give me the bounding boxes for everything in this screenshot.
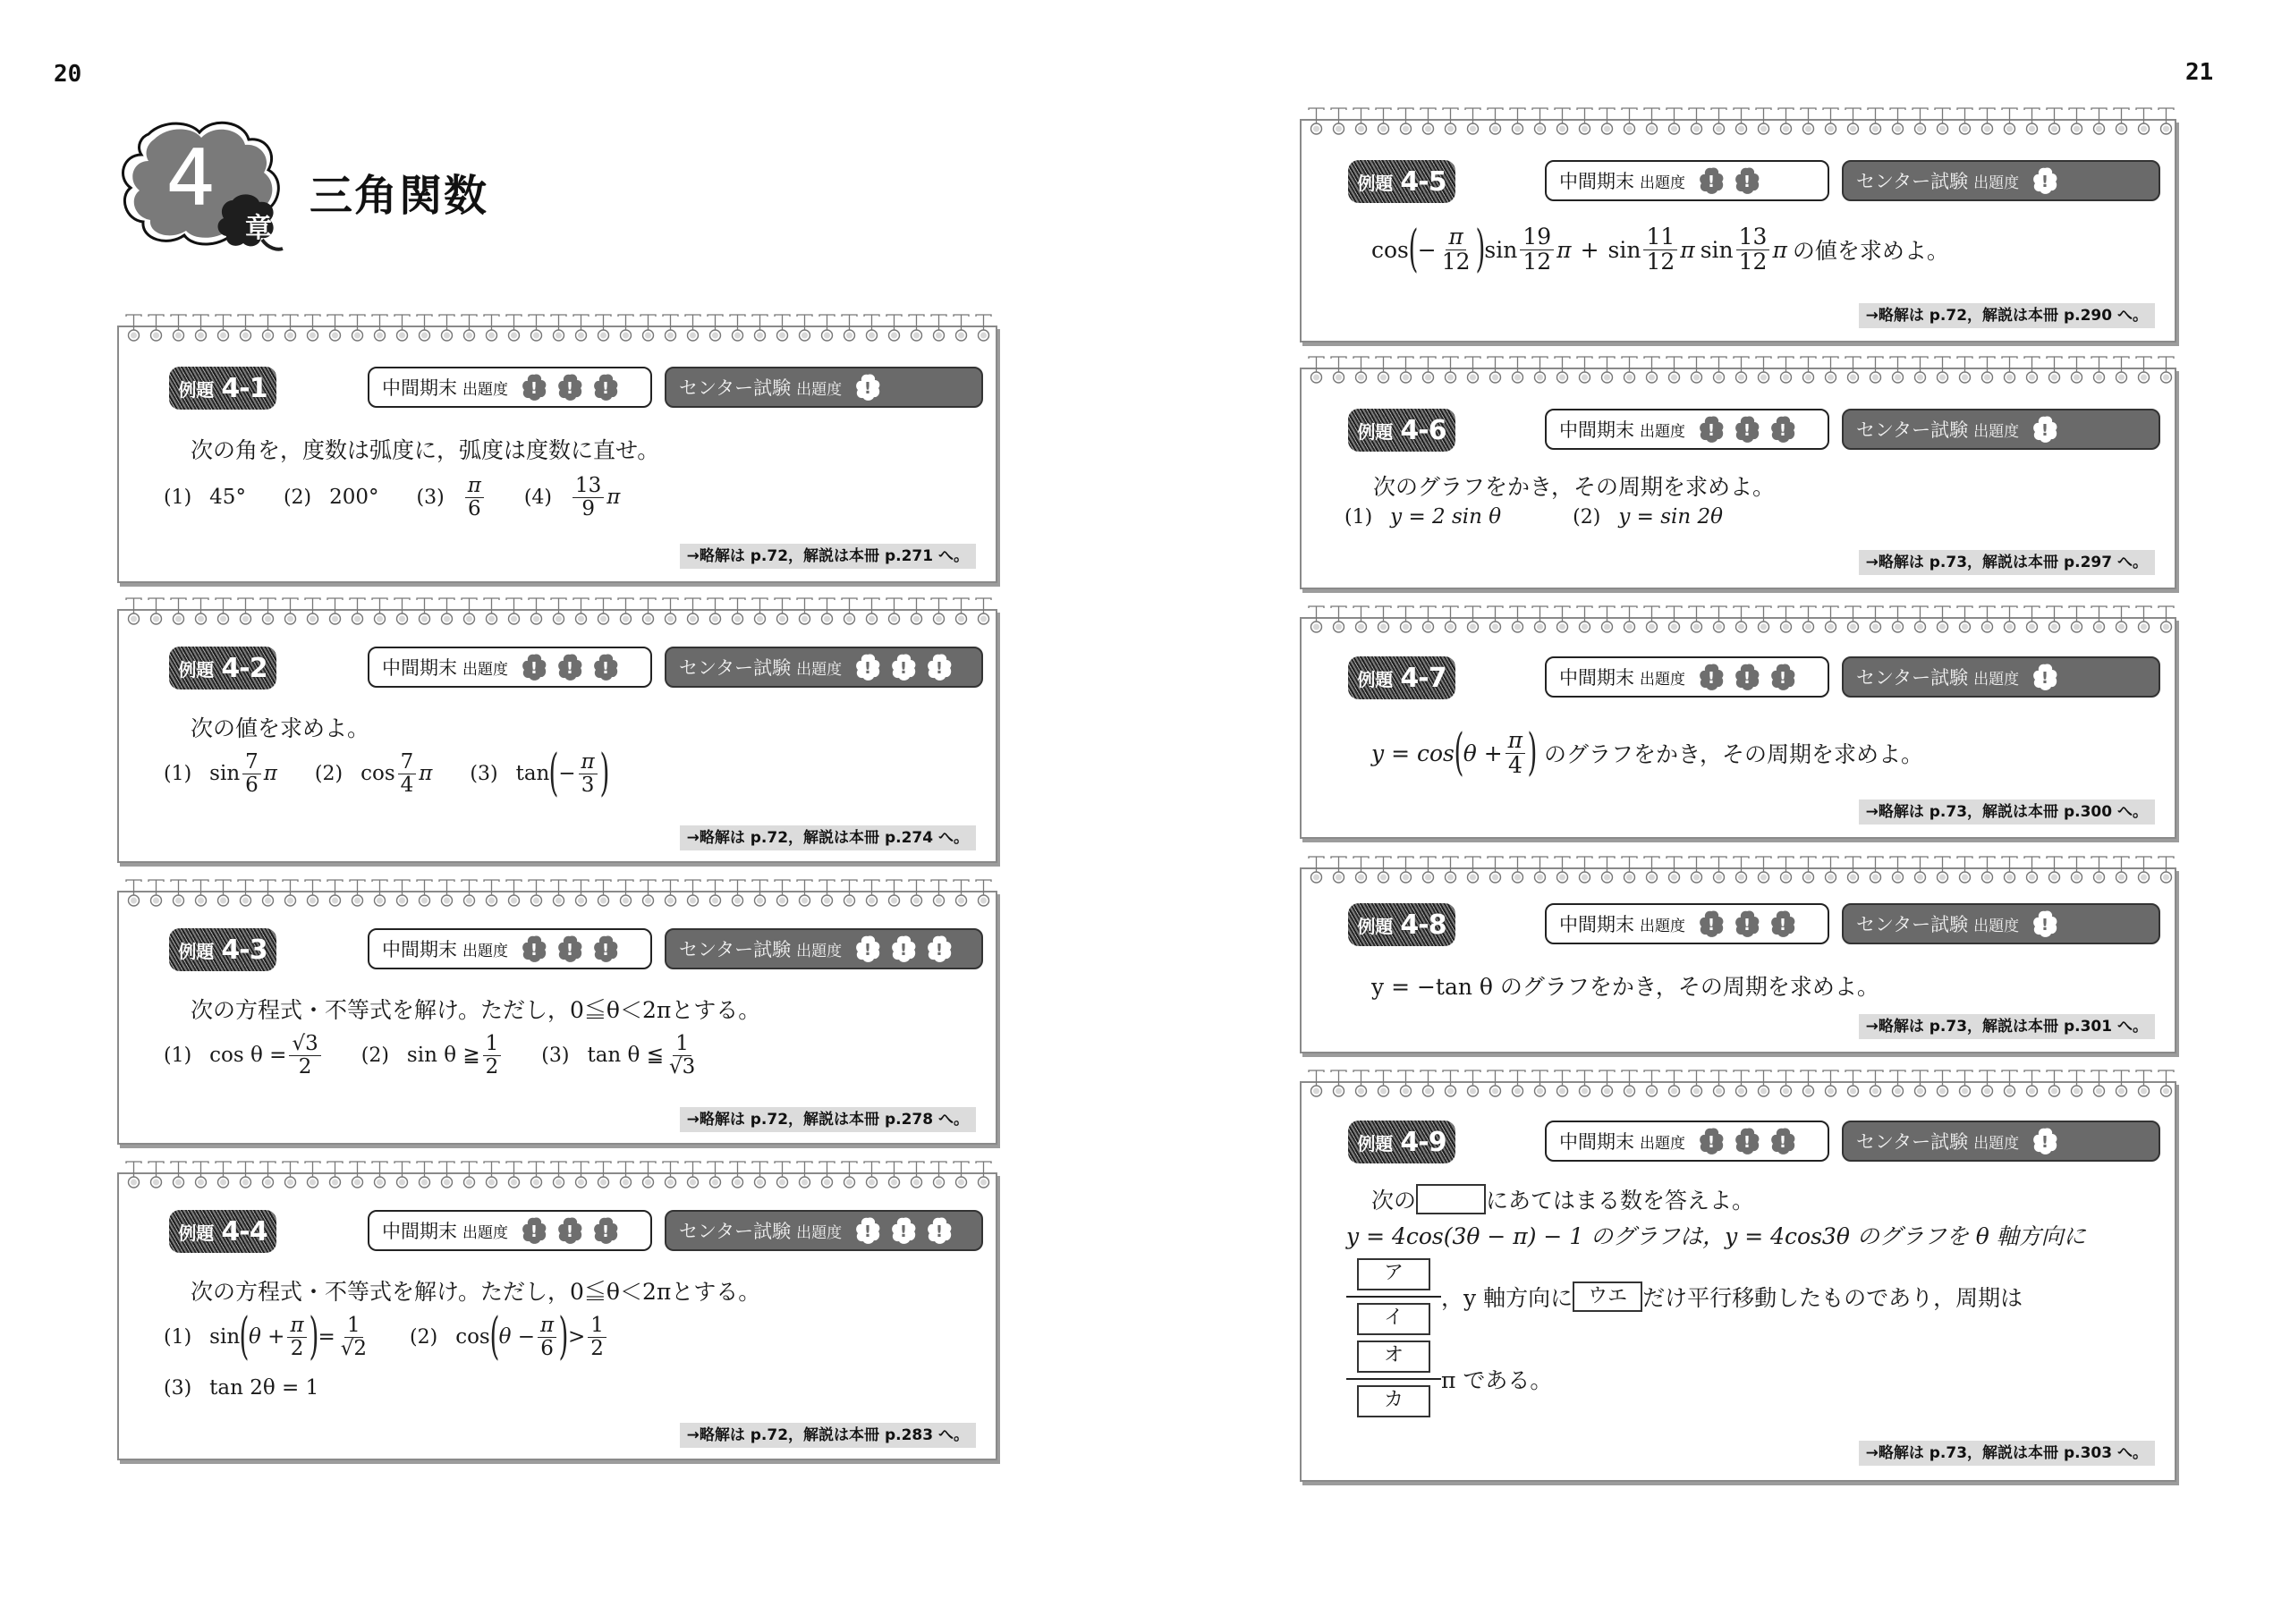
exclamation-flower-icon: ! (592, 935, 619, 963)
exclamation-flower-icon: ! (556, 1216, 583, 1245)
numerator: 11 (1643, 225, 1677, 250)
example-number: 4-6 (1400, 415, 1446, 446)
question-items: (1)45° (2)200° (3)π6 (4)139π (164, 470, 657, 524)
numerator: π (538, 1315, 556, 1337)
exclamation-flower-icon: ! (2031, 663, 2058, 691)
expression-left: sin θ ≧ (407, 1044, 480, 1067)
example-card-4-8: 例題 4-8 中間期末出題度 ! ! ! センター試験出題度 ! y = −ta… (1300, 867, 2176, 1053)
svg-text:!: ! (900, 1222, 907, 1241)
spiral-binding (1305, 605, 2175, 637)
svg-text:!: ! (1779, 421, 1786, 440)
denominator: 12 (1736, 250, 1770, 274)
center-label: センター試験 (1856, 1128, 1968, 1155)
example-number: 4-8 (1400, 909, 1446, 941)
frequency-label: 出題度 (796, 376, 842, 399)
item-number: (2) (410, 1326, 437, 1349)
numerator: 1 (344, 1315, 363, 1337)
numerator: 7 (242, 751, 261, 774)
example-label: 例題 4-3 (169, 928, 276, 971)
numerator: √3 (289, 1033, 320, 1055)
spiral-binding (1305, 855, 2175, 887)
example-word: 例題 (178, 656, 214, 681)
item-number: (3) (470, 763, 497, 785)
answer-reference: →略解は p.73，解説は本冊 p.300 へ。 (1859, 799, 2155, 825)
exclamation-flower-icon: ! (1769, 1127, 1796, 1155)
center-exam-frequency-box: センター試験出題度 ! (665, 367, 983, 408)
exclamation-flower-icon: ! (521, 935, 547, 963)
answer-reference: →略解は p.72，解説は本冊 p.271 へ。 (680, 544, 976, 569)
svg-text:!: ! (1779, 669, 1786, 688)
spiral-binding (1305, 1069, 2175, 1101)
question-tail: のグラフをかき，その周期を求めよ。 (1544, 737, 1923, 769)
answer-reference: →略解は p.73，解説は本冊 p.301 へ。 (1859, 1014, 2155, 1039)
exclamation-flower-icon: ! (890, 653, 917, 681)
frequency-label: 出題度 (1973, 1130, 2019, 1153)
page-number-right: 21 (2185, 59, 2213, 86)
question-items: (1)cos θ =√32 (2)sin θ ≧12 (3)tan θ ≦1√3 (164, 1027, 738, 1084)
exclamation-flower-icon: ! (592, 1216, 619, 1245)
exclamation-flower-icon: ! (1698, 166, 1725, 195)
frequency-label: 出題度 (796, 1220, 842, 1242)
midterm-frequency-box: 中間期末出題度 ! ! ! (368, 367, 652, 408)
blank-i[interactable]: イ (1357, 1303, 1430, 1335)
example-card-4-7: 例題 4-7 中間期末出題度 ! ! ! センター試験出題度 ! y = cos… (1300, 617, 2176, 839)
left-paren: ( (1408, 224, 1418, 275)
denominator: √3 (666, 1056, 698, 1078)
example-word: 例題 (1357, 169, 1393, 195)
fraction: 1√2 (338, 1315, 369, 1358)
example-number: 4-9 (1400, 1127, 1446, 1158)
midterm-label: 中間期末 (1559, 910, 1634, 937)
answer-reference: →略解は p.73，解説は本冊 p.297 へ。 (1859, 550, 2155, 575)
center-label: センター試験 (1856, 664, 1968, 690)
item-number: (3) (417, 486, 445, 509)
question-items-row2: (3)tan 2θ = 1 (164, 1376, 356, 1400)
example-word: 例題 (178, 1219, 214, 1245)
question-prompt: 次の角を，度数は弧度に，弧度は度数に直せ。 (191, 433, 659, 465)
exclamation-flower-icon: ! (2031, 415, 2058, 444)
question-items: (1)sin(θ +π2)=1√2 (2)cos(θ −π6)>12 (164, 1308, 647, 1366)
question-prompt: 次のグラフをかき，その周期を求めよ。 (1373, 469, 1775, 502)
expression-left: tan θ ≦ (587, 1044, 664, 1067)
exclamation-flower-icon: ! (1698, 663, 1725, 691)
example-label: 例題 4-7 (1348, 656, 1455, 699)
right-paren: ) (559, 1312, 569, 1362)
svg-text:!: ! (566, 379, 573, 398)
question-items: (1)y = 2 sin θ (2)y = sin 2θ (1344, 505, 1760, 529)
denominator: 12 (1643, 250, 1677, 274)
example-card-4-1: 例題 4-1 中間期末出題度 ! ! ! センター試験出題度 ! 次の角を，度数… (117, 326, 997, 583)
answer-reference: →略解は p.72，解説は本冊 p.278 へ。 (680, 1107, 976, 1132)
numerator: 19 (1520, 225, 1554, 250)
exclamation-flower-icon: ! (890, 935, 917, 963)
function-name: cos (360, 762, 395, 785)
center-exam-frequency-box: センター試験出題度 ! (1842, 1121, 2160, 1162)
fraction: π2 (287, 1315, 306, 1358)
item-number: (2) (284, 486, 311, 509)
frequency-label: 出題度 (796, 938, 842, 960)
answer-reference: →略解は p.72，解説は本冊 p.274 へ。 (680, 825, 976, 850)
denominator: 2 (288, 1338, 307, 1359)
denominator: 4 (1505, 754, 1525, 777)
exclamation-flower-icon: ! (592, 373, 619, 402)
numerator: 13 (572, 475, 604, 497)
function-name: y = cos (1371, 740, 1455, 766)
center-exam-frequency-box: センター試験出題度 ! (1842, 160, 2160, 201)
exclamation-flower-icon: ! (1769, 909, 1796, 938)
blank-ka[interactable]: カ (1357, 1385, 1430, 1417)
question-prompt: 次のにあてはまる数を答えよ。 (1371, 1183, 1754, 1215)
svg-text:!: ! (1779, 1133, 1786, 1152)
example-number: 4-4 (221, 1216, 267, 1248)
example-number: 4-3 (221, 935, 267, 966)
left-paren: ( (240, 1312, 250, 1362)
numerator: 1 (673, 1033, 691, 1055)
item-number: (3) (164, 1377, 191, 1400)
denominator: 2 (296, 1056, 315, 1078)
center-label: センター試験 (679, 654, 791, 681)
midterm-label: 中間期末 (382, 935, 457, 962)
fraction: 12 (588, 1315, 606, 1358)
frequency-label: 出題度 (462, 656, 508, 679)
function-name: tan (516, 762, 550, 785)
example-card-4-4: 例題 4-4 中間期末出題度 ! ! ! センター試験出題度 ! ! ! 次の方… (117, 1172, 997, 1460)
example-card-4-9: 例題 4-9 中間期末出題度 ! ! ! センター試験出題度 ! 次のにあてはま… (1300, 1081, 2176, 1482)
question-items: (1)sin76π (2)cos74π (3)tan(−π3) (164, 745, 646, 802)
function-name: cos (455, 1325, 490, 1349)
chapter-suffix: 章 (245, 206, 272, 245)
center-label: センター試験 (679, 374, 791, 401)
relation: = (318, 1325, 335, 1349)
example-word: 例題 (1357, 912, 1393, 938)
svg-text:!: ! (602, 659, 609, 678)
expression-left: cos θ = (209, 1044, 286, 1067)
answer-reference: →略解は p.72，解説は本冊 p.290 へ。 (1859, 303, 2155, 328)
example-word: 例題 (1357, 418, 1393, 444)
function-name: sin (1484, 237, 1517, 263)
fraction: π6 (465, 475, 484, 519)
exclamation-flower-icon: ! (556, 373, 583, 402)
exclamation-flower-icon: ! (854, 1216, 881, 1245)
center-label: センター試験 (679, 1217, 791, 1244)
question-prompt: 次の値を求めよ。 (191, 711, 369, 743)
pi-symbol: π (1772, 237, 1786, 263)
blank-fraction: ア イ (1346, 1258, 1441, 1335)
page-number-left: 20 (54, 61, 81, 88)
chapter-header: 4 章 三角関数 (114, 114, 526, 258)
example-card-4-6: 例題 4-6 中間期末出題度 ! ! ! センター試験出題度 ! 次のグラフをか… (1300, 368, 2176, 589)
blank-ue[interactable]: ウエ (1573, 1281, 1642, 1312)
numerator: 1 (483, 1033, 502, 1055)
question-line-blanks-2: オ カ π である。 (1346, 1341, 1552, 1417)
prompt-text: 次の (1371, 1183, 1416, 1215)
center-label: センター試験 (1856, 167, 1968, 194)
center-label: センター試験 (679, 935, 791, 962)
svg-text:!: ! (1708, 916, 1715, 935)
spiral-binding (1305, 106, 2175, 139)
example-word: 例題 (1357, 665, 1393, 691)
example-number: 4-2 (221, 653, 267, 684)
midterm-label: 中間期末 (1559, 167, 1634, 194)
center-exam-frequency-box: センター試験出題度 ! (1842, 903, 2160, 944)
svg-text:!: ! (1743, 669, 1751, 688)
svg-text:!: ! (1743, 421, 1751, 440)
question-line-blanks-1: ア イ ，y 軸方向にウエだけ平行移動したものであり，周期は (1346, 1258, 2023, 1335)
example-label: 例題 4-2 (169, 647, 276, 689)
midterm-frequency-box: 中間期末出題度 ! ! ! (1545, 903, 1829, 944)
svg-text:!: ! (530, 379, 538, 398)
frequency-label: 出題度 (462, 376, 508, 399)
midterm-label: 中間期末 (382, 1217, 457, 1244)
question-prompt: 次の方程式・不等式を解け。ただし，0≦θ＜2πとする。 (191, 1274, 760, 1307)
spiral-binding (123, 878, 996, 910)
question-expression: cos(−π12) sin1912π + sin1112π sin1312π の… (1371, 221, 1949, 278)
numerator: π (579, 751, 598, 774)
exclamation-flower-icon: ! (1698, 1127, 1725, 1155)
exclamation-flower-icon: ! (556, 653, 583, 681)
pi-symbol: π (1680, 237, 1694, 263)
denominator: 2 (483, 1056, 502, 1078)
fraction: √32 (289, 1033, 320, 1077)
center-exam-frequency-box: センター試験出題度 ! ! ! (665, 647, 983, 688)
function-name: sin (1608, 237, 1641, 263)
fraction: 74 (398, 751, 417, 795)
question-text: π である。 (1441, 1363, 1552, 1395)
question-expression: y = cos(θ +π4) のグラフをかき，その周期を求めよ。 (1371, 724, 1923, 782)
fraction: π3 (579, 751, 598, 795)
svg-text:!: ! (566, 1222, 573, 1241)
right-paren: ) (1475, 224, 1485, 275)
frequency-label: 出題度 (462, 938, 508, 960)
exclamation-flower-icon: ! (2031, 166, 2058, 195)
midterm-frequency-box: 中間期末出題度 ! ! ! (368, 647, 652, 688)
svg-text:!: ! (864, 941, 871, 960)
pi-symbol: π (264, 762, 277, 785)
example-number: 4-1 (221, 373, 267, 404)
example-card-4-5: 例題 4-5 中間期末出題度 ! ! センター試験出題度 ! cos(−π12)… (1300, 119, 2176, 343)
spiral-binding (123, 596, 996, 629)
midterm-frequency-box: 中間期末出題度 ! ! ! (368, 928, 652, 969)
question-text: だけ平行移動したものであり，周期は (1642, 1281, 2023, 1313)
svg-text:!: ! (1708, 1133, 1715, 1152)
example-label: 例題 4-8 (1348, 903, 1455, 946)
svg-text:!: ! (530, 941, 538, 960)
midterm-label: 中間期末 (1559, 664, 1634, 690)
numerator: 7 (398, 751, 417, 774)
denominator: 6 (242, 774, 261, 796)
svg-text:!: ! (1779, 916, 1786, 935)
frequency-label: 出題度 (462, 1220, 508, 1242)
prompt-text: にあてはまる数を答えよ。 (1486, 1183, 1754, 1215)
left-paren: ( (489, 1312, 499, 1362)
svg-text:!: ! (864, 659, 871, 678)
item-number: (2) (315, 763, 343, 785)
svg-text:!: ! (602, 379, 609, 398)
svg-text:!: ! (936, 659, 943, 678)
exclamation-flower-icon: ! (926, 653, 953, 681)
example-card-4-2: 例題 4-2 中間期末出題度 ! ! ! センター試験出題度 ! ! ! 次の値… (117, 609, 997, 863)
item-number: (3) (541, 1045, 569, 1067)
example-number: 4-5 (1400, 166, 1446, 198)
svg-text:!: ! (1708, 173, 1715, 191)
exclamation-flower-icon: ! (521, 373, 547, 402)
center-label: センター試験 (1856, 416, 1968, 443)
exclamation-flower-icon: ! (521, 1216, 547, 1245)
blank-fraction: オ カ (1346, 1341, 1441, 1417)
center-exam-frequency-box: センター試験出題度 ! (1842, 409, 2160, 450)
pi-symbol: π (606, 486, 620, 509)
item-number: (1) (1344, 506, 1372, 529)
example-label: 例題 4-1 (169, 367, 276, 410)
relation: > (568, 1325, 585, 1349)
denominator: √2 (338, 1338, 369, 1359)
midterm-label: 中間期末 (1559, 1128, 1634, 1155)
question-prompt: 次の方程式・不等式を解け。ただし，0≦θ＜2πとする。 (191, 993, 760, 1025)
fraction: 1912 (1520, 225, 1554, 274)
denominator: 6 (465, 498, 484, 520)
svg-text:!: ! (900, 941, 907, 960)
svg-text:!: ! (1708, 669, 1715, 688)
frequency-label: 出題度 (1973, 419, 2019, 441)
svg-text:!: ! (1743, 1133, 1751, 1152)
fraction: 139 (572, 475, 604, 519)
right-paren: ) (599, 749, 609, 799)
exclamation-flower-icon: ! (854, 653, 881, 681)
item-number: (1) (164, 1326, 191, 1349)
midterm-label: 中間期末 (1559, 416, 1634, 443)
exclamation-flower-icon: ! (1734, 1127, 1760, 1155)
pi-symbol: π (1556, 237, 1571, 263)
svg-text:!: ! (900, 659, 907, 678)
exclamation-flower-icon: ! (592, 653, 619, 681)
frequency-label: 出題度 (1973, 170, 2019, 192)
fraction: 12 (483, 1033, 502, 1077)
minus-sign: − (558, 762, 575, 785)
denominator: 9 (579, 498, 598, 520)
item-number: (1) (164, 763, 191, 785)
numerator: π (1505, 729, 1525, 753)
svg-text:!: ! (936, 941, 943, 960)
denominator: 12 (1520, 250, 1554, 274)
fraction: 1112 (1643, 225, 1677, 274)
blank-o[interactable]: オ (1357, 1341, 1430, 1373)
svg-text:!: ! (602, 941, 609, 960)
svg-text:!: ! (2041, 669, 2048, 688)
exclamation-flower-icon: ! (1734, 663, 1760, 691)
svg-text:!: ! (2041, 1133, 2048, 1152)
frequency-label: 出題度 (1640, 170, 1685, 192)
item-expr: 200° (329, 486, 378, 509)
chapter-title: 三角関数 (310, 161, 488, 223)
denominator: 4 (398, 774, 417, 796)
spiral-binding (123, 1160, 996, 1192)
exclamation-flower-icon: ! (1734, 415, 1760, 444)
item-expr: tan 2θ = 1 (209, 1376, 318, 1400)
plus-sign: + (1581, 237, 1599, 263)
frequency-label: 出題度 (1640, 666, 1685, 689)
midterm-frequency-box: 中間期末出題度 ! ! ! (1545, 1121, 1829, 1162)
center-exam-frequency-box: センター試験出題度 ! ! ! (665, 1210, 983, 1251)
svg-text:!: ! (530, 1222, 538, 1241)
center-exam-frequency-box: センター試験出題度 ! (1842, 656, 2160, 698)
answer-reference: →略解は p.72，解説は本冊 p.283 へ。 (680, 1423, 976, 1448)
fraction: π4 (1505, 729, 1525, 777)
answer-reference: →略解は p.73，解説は本冊 p.303 へ。 (1859, 1441, 2155, 1466)
fraction: 76 (242, 751, 261, 795)
example-word: 例題 (178, 937, 214, 963)
item-expr: y = 2 sin θ (1390, 505, 1501, 529)
svg-text:!: ! (936, 1222, 943, 1241)
midterm-frequency-box: 中間期末出題度 ! ! ! (1545, 409, 1829, 450)
svg-text:!: ! (602, 1222, 609, 1241)
numerator: π (465, 475, 484, 497)
numerator: π (287, 1315, 306, 1337)
numerator: 1 (588, 1315, 606, 1337)
exclamation-flower-icon: ! (926, 1216, 953, 1245)
example-word: 例題 (1357, 1129, 1393, 1155)
numerator: 13 (1736, 225, 1770, 250)
question-text: ，y 軸方向に (1441, 1281, 1573, 1313)
fraction: 1312 (1736, 225, 1770, 274)
frequency-label: 出題度 (796, 656, 842, 679)
exclamation-flower-icon: ! (521, 653, 547, 681)
item-number: (2) (361, 1045, 389, 1067)
item-number: (2) (1573, 506, 1600, 529)
frequency-label: 出題度 (1973, 666, 2019, 689)
fraction: 1√3 (666, 1033, 698, 1077)
right-paren: ) (309, 1312, 318, 1362)
svg-text:!: ! (2041, 421, 2048, 440)
frequency-label: 出題度 (1973, 913, 2019, 935)
item-number: (1) (164, 1045, 191, 1067)
exclamation-flower-icon: ! (2031, 909, 2058, 938)
example-card-4-3: 例題 4-3 中間期末出題度 ! ! ! センター試験出題度 ! ! ! 次の方… (117, 891, 997, 1145)
midterm-label: 中間期末 (382, 374, 457, 401)
question-prompt: y = −tan θ のグラフをかき，その周期を求めよ。 (1371, 969, 1879, 1002)
svg-text:!: ! (1743, 173, 1751, 191)
example-label: 例題 4-5 (1348, 160, 1455, 203)
denominator: 2 (588, 1338, 606, 1359)
spiral-binding (123, 313, 996, 345)
frequency-label: 出題度 (1640, 913, 1685, 935)
inner-expr: θ + (1463, 740, 1503, 766)
item-number: (4) (524, 486, 552, 509)
denominator: 3 (579, 774, 598, 796)
question-line: y = 4cos(3θ − π) − 1 のグラフは，y = 4cos3θ のグ… (1346, 1219, 2086, 1251)
center-exam-frequency-box: センター試験出題度 ! ! ! (665, 928, 983, 969)
function-name: sin (209, 762, 240, 785)
svg-text:!: ! (566, 659, 573, 678)
frequency-label: 出題度 (1640, 1130, 1685, 1153)
blank-a[interactable]: ア (1357, 1258, 1430, 1290)
inner-expr: θ + (249, 1325, 284, 1349)
midterm-frequency-box: 中間期末出題度 ! ! ! (1545, 656, 1829, 698)
exclamation-flower-icon: ! (1769, 663, 1796, 691)
exclamation-flower-icon: ! (1734, 166, 1760, 195)
midterm-frequency-box: 中間期末出題度 ! ! ! (368, 1210, 652, 1251)
numerator: π (1446, 225, 1465, 250)
denominator: 12 (1439, 250, 1473, 274)
svg-text:!: ! (566, 941, 573, 960)
item-expr: y = sin 2θ (1618, 505, 1723, 529)
function-name: cos (1371, 237, 1409, 263)
svg-text:!: ! (2041, 173, 2048, 191)
svg-text:!: ! (864, 379, 871, 398)
exclamation-flower-icon: ! (1734, 909, 1760, 938)
exclamation-flower-icon: ! (854, 373, 881, 402)
question-tail: の値を求めよ。 (1793, 233, 1949, 266)
left-paren: ( (1454, 728, 1463, 778)
